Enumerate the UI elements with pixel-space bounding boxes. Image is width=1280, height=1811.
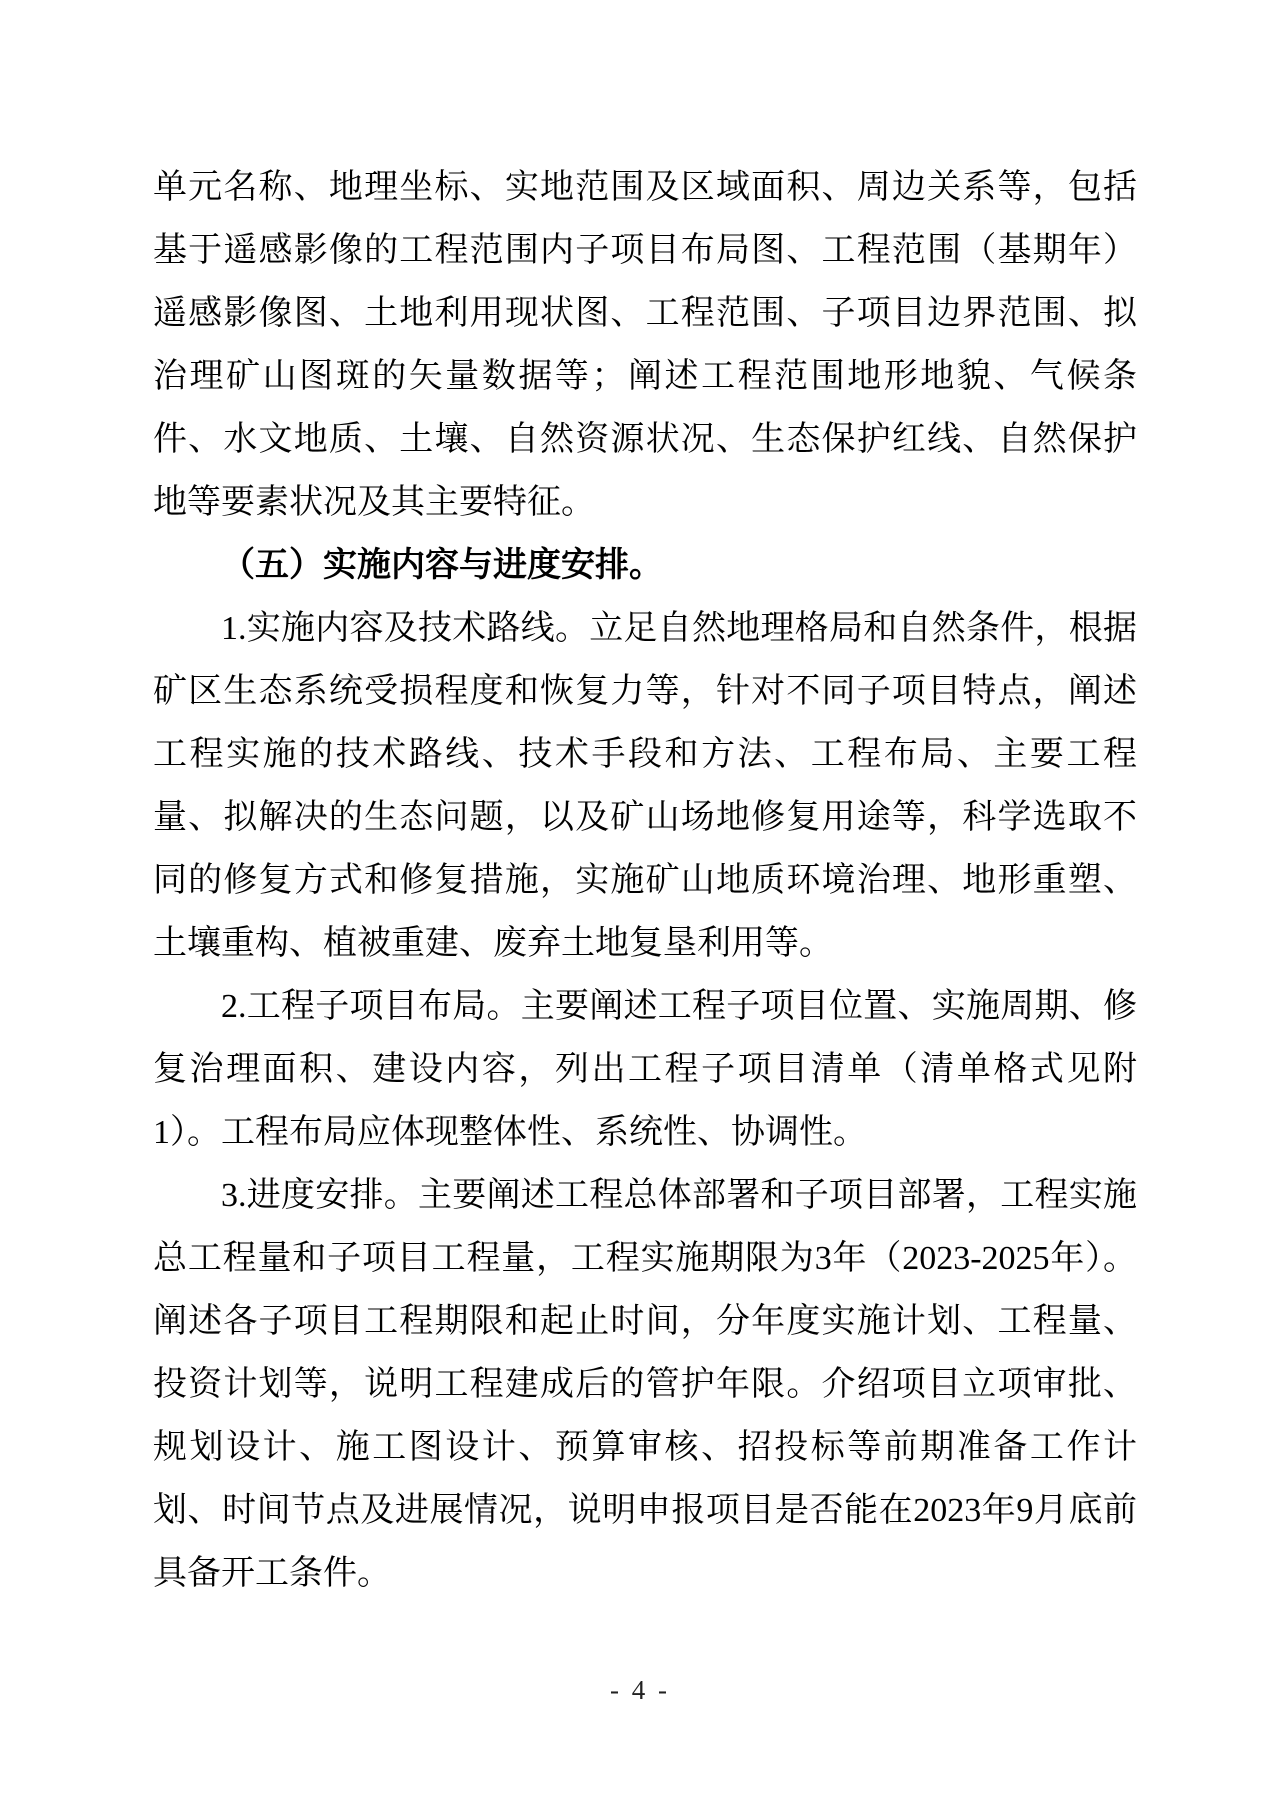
body-paragraph-item-3: 3.进度安排。主要阐述工程总体部署和子项目部署，工程实施总工程量和子项目工程量，…: [153, 1164, 1137, 1605]
body-paragraph-continuation: 单元名称、地理坐标、实地范围及区域面积、周边关系等，包括基于遥感影像的工程范围内…: [153, 156, 1137, 534]
section-heading-5: （五）实施内容与进度安排。: [153, 534, 1137, 597]
document-body: 单元名称、地理坐标、实地范围及区域面积、周边关系等，包括基于遥感影像的工程范围内…: [153, 156, 1137, 1605]
body-paragraph-item-1: 1.实施内容及技术路线。立足自然地理格局和自然条件，根据矿区生态系统受损程度和恢…: [153, 597, 1137, 975]
document-page: 单元名称、地理坐标、实地范围及区域面积、周边关系等，包括基于遥感影像的工程范围内…: [0, 0, 1280, 1811]
body-paragraph-item-2: 2.工程子项目布局。主要阐述工程子项目位置、实施周期、修复治理面积、建设内容，列…: [153, 975, 1137, 1164]
page-number: - 4 -: [0, 1674, 1280, 1706]
